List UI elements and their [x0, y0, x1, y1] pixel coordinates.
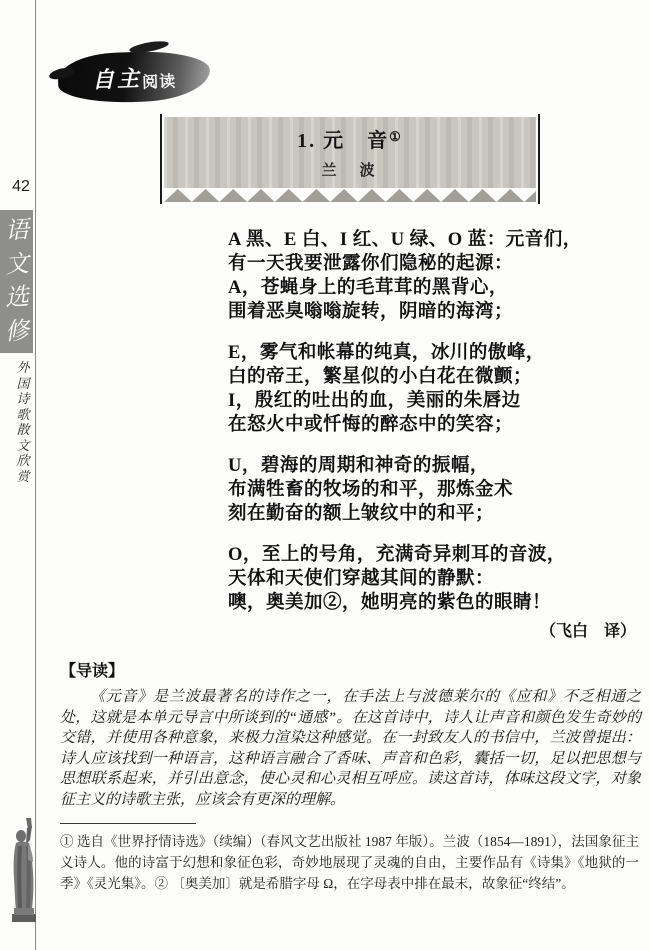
vertical-char: 国	[16, 376, 29, 392]
poem-stanza: E，雾气和帐幕的纯真，冰川的傲峰，白的帝王，繁星似的小白花在微颤；I，殷红的吐出…	[228, 341, 638, 437]
footnote-ref-1: ①	[389, 129, 403, 144]
vertical-char: 文	[16, 438, 29, 454]
poem-author: 兰 波	[162, 159, 538, 180]
footnote-separator	[60, 823, 196, 824]
banner-zigzag-edge	[164, 186, 536, 202]
poem-line: 有一天我要泄露你们隐秘的起源：	[228, 252, 638, 276]
poem-stanzas: A 黑、E 白、I 红、U 绿、O 蓝：元音们，有一天我要泄露你们隐秘的起源：A…	[228, 228, 638, 632]
poem-stanza: A 黑、E 白、I 红、U 绿、O 蓝：元音们，有一天我要泄露你们隐秘的起源：A…	[228, 228, 638, 324]
poem-stanza: U，碧海的周期和神奇的振幅，布满牲畜的牧场的和平，那炼金术刻在勤奋的额上皱纹中的…	[228, 454, 638, 526]
vertical-char: 赏	[16, 469, 29, 485]
vertical-char: 修	[4, 319, 30, 345]
poem-line: 刻在勤奋的额上皱纹中的和平；	[228, 502, 638, 526]
poem-line: O，至上的号角，充满奇异刺耳的音波，	[228, 543, 638, 567]
poem-line: 天体和天使们穿越其间的静默：	[228, 567, 638, 591]
poem-stanza: O，至上的号角，充满奇异刺耳的音波，天体和天使们穿越其间的静默：噢，奥美加②，她…	[228, 543, 638, 615]
poem-line: E，雾气和帐幕的纯真，冰川的傲峰，	[228, 341, 638, 365]
poem-line: I，殷红的吐出的血，美丽的朱唇边	[228, 389, 638, 413]
footnotes-block: ① 选自《世界抒情诗选》（续编）（春风文艺出版社 1987 年版）。兰波（185…	[60, 831, 639, 894]
footnote-item: ② 〔奥美加〕就是希腊字母 Ω，在字母表中排在最末，故象征“终结”。	[155, 876, 575, 891]
section-badge-ink-brush: 自主 阅读	[57, 49, 211, 104]
reading-guide-section: 【导读】 《元音》是兰波最著名的诗作之一，在手法上与波德莱尔的《应和》不乏相通之…	[60, 658, 641, 810]
poem-line: 噢，奥美加②，她明亮的紫色的眼睛！	[228, 591, 638, 615]
poem-line: 围着恶臭嗡嗡旋转，阴暗的海湾；	[228, 300, 638, 324]
poem-line: 白的帝王，繁星似的小白花在微颤；	[228, 365, 638, 389]
section-badge-label: 自主	[91, 61, 142, 94]
poem-line: A 黑、E 白、I 红、U 绿、O 蓝：元音们，	[228, 228, 638, 252]
section-badge-label-2: 阅读	[142, 68, 177, 92]
vertical-char: 选	[4, 286, 30, 312]
vertical-char: 散	[16, 422, 29, 438]
poem-line: U，碧海的周期和神奇的振幅，	[228, 454, 638, 478]
page-number: 42	[8, 178, 34, 196]
vertical-char: 诗	[16, 391, 29, 407]
poem-line: 在怒火中或忏悔的醉态中的笑容；	[228, 413, 638, 437]
margin-rule	[35, 0, 36, 950]
sidebar-book-title-tab: 语文选修	[0, 210, 33, 353]
lesson-title-banner: 1. 元 音① 兰 波	[160, 114, 540, 204]
poem-line: 布满牲畜的牧场的和平，那炼金术	[228, 478, 638, 502]
lesson-title: 1. 元 音①	[162, 124, 538, 153]
sidebar-series-title: 外国诗歌散文欣赏	[12, 360, 34, 484]
translator-credit: （飞白 译）	[228, 618, 636, 641]
vertical-char: 语	[4, 218, 30, 244]
poem-line: A，苍蝇身上的毛茸茸的黑背心，	[228, 276, 638, 300]
lesson-title-text: 1. 元 音	[297, 130, 389, 152]
statue-photo	[4, 816, 44, 928]
lesson-title-block: 1. 元 音① 兰 波	[162, 124, 538, 180]
vertical-char: 歌	[16, 407, 29, 423]
reading-guide-heading: 【导读】	[60, 658, 641, 681]
reading-guide-body: 《元音》是兰波最著名的诗作之一，在手法上与波德莱尔的《应和》不乏相通之处，这就是…	[60, 687, 641, 810]
vertical-char: 欣	[16, 453, 29, 469]
vertical-char: 外	[16, 360, 29, 376]
vertical-char: 文	[4, 252, 30, 278]
